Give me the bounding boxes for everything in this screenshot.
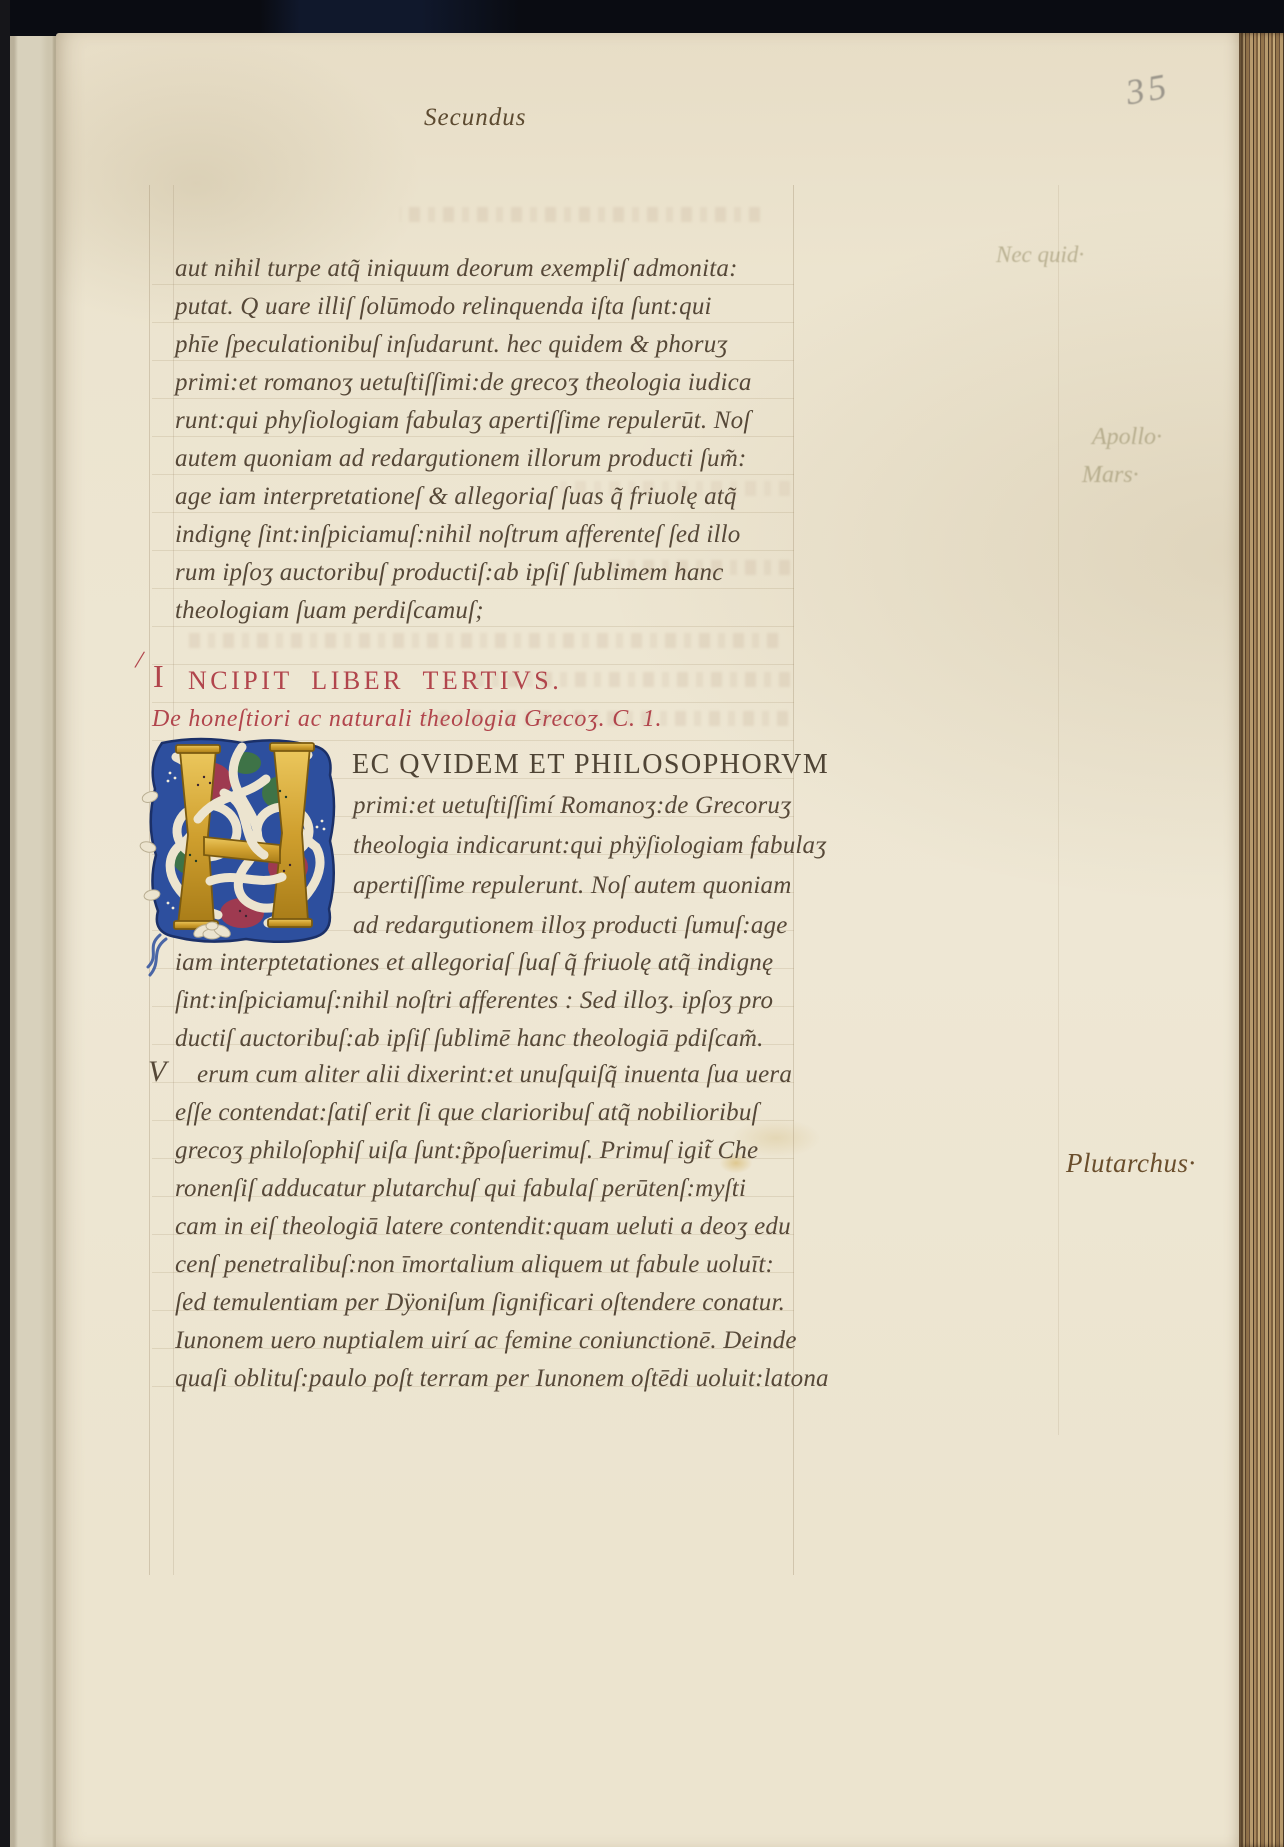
text-line: putat. Q uare illiſ ſolūmodo relinquenda… xyxy=(175,288,752,326)
text-line: age iam interpretationeſ & allegoriaſ ſu… xyxy=(175,478,752,516)
ink-bleedthrough xyxy=(400,207,760,222)
text-line: runt:qui phyſiologiam fabulaʒ apertiſſim… xyxy=(175,402,752,440)
text-line: iam interptetationes et allegoriaſ ſuaſ … xyxy=(175,944,773,982)
photo-background-top xyxy=(0,0,1284,33)
ghost-marginal-note: Apollo· xyxy=(1092,424,1162,451)
page-fore-edge-stripes xyxy=(1239,33,1284,1847)
chapter-full-lines: iam interptetationes et allegoriaſ ſuaſ … xyxy=(175,944,773,1058)
text-line: cam in eiſ theologiā latere contendit:qu… xyxy=(175,1208,829,1246)
text-line: ſint:inſpiciamuſ:nihil noſtri afferentes… xyxy=(175,982,773,1020)
text-line: grecoʒ philoſophiſ uiſa ſunt:p̃poſuerimu… xyxy=(175,1132,829,1170)
text-line: Iunonem uero nuptialem uirí ac femine co… xyxy=(175,1322,829,1360)
text-line: aut nihil turpe atq̃ iniquum deorum exem… xyxy=(175,250,752,288)
paragraph-1: aut nihil turpe atq̃ iniquum deorum exem… xyxy=(175,250,752,630)
paragraph-initial-V: V xyxy=(148,1052,166,1092)
text-line: erum cum aliter alii dixerint:et unuſqui… xyxy=(175,1056,829,1094)
text-line: rum ipſoʒ auctoribuſ productiſ:ab ipſiſ … xyxy=(175,554,752,592)
book-cover-edge xyxy=(0,0,10,1847)
running-header: Secundus xyxy=(424,104,526,132)
marginal-note-plutarchus: Plutarchus· xyxy=(1066,1148,1196,1179)
manuscript-photo: Secundus 35 Nec quid· Apollo· Mars· aut … xyxy=(0,0,1284,1847)
text-line: ſed temulentiam per Dÿoniſum ſignificari… xyxy=(175,1284,829,1322)
illuminated-initial-H xyxy=(146,735,342,947)
text-line: apertiſſime repulerunt. Noſ autem quonia… xyxy=(353,866,827,906)
paragraph-3: erum cum aliter alii dixerint:et unuſqui… xyxy=(175,1056,829,1398)
underlying-page-edges xyxy=(10,36,56,1847)
rubric-chapter-title: De honeſtiori ac naturali theologia Grec… xyxy=(152,701,662,737)
ghost-marginal-note: Nec quid· xyxy=(996,242,1084,268)
text-line: quaſi oblituſ:paulo poſt terram per Iuno… xyxy=(175,1360,829,1398)
rubric-initial: I xyxy=(153,656,164,696)
text-line: primi:et uetuſtiſſimí Romanoʒ:de Grecoru… xyxy=(353,786,827,826)
text-line: autem quoniam ad redargutionem illorum p… xyxy=(175,440,752,478)
rubric-incipit: NCIPIT LIBER TERTIVS. xyxy=(188,661,562,701)
text-line: phīe ſpeculationibuſ inſudarunt. hec qui… xyxy=(175,326,752,364)
ruling-line-margin xyxy=(1058,185,1059,1435)
text-line: cenſ penetralibuſ:non īmortalium aliquem… xyxy=(175,1246,829,1284)
initial-H-artwork xyxy=(146,735,342,947)
text-line: ductiſ auctoribuſ:ab ipſiſ ſublimē hanc … xyxy=(175,1020,773,1058)
text-line: ad redargutionem illoʒ producti ſumuſ:ag… xyxy=(353,906,827,946)
ink-bleedthrough xyxy=(182,633,778,648)
text-line: eſſe contendat:ſatiſ erit ſi que clarior… xyxy=(175,1094,829,1132)
chapter-opening-capitals: EC QVIDEM ET PHILOSOPHORVM xyxy=(352,745,829,785)
text-line: indignę ſint:inſpiciamuſ:nihil noſtrum a… xyxy=(175,516,752,554)
text-line: ronenſiſ adducatur plutarchuſ qui fabula… xyxy=(175,1170,829,1208)
text-line: theologiam ſuam perdiſcamuſ; xyxy=(175,592,752,630)
chapter-indented-lines: primi:et uetuſtiſſimí Romanoʒ:de Grecoru… xyxy=(353,786,827,946)
text-line: theologia indicarunt:qui phÿſiologiam fa… xyxy=(353,826,827,866)
folio-number: 35 xyxy=(1123,64,1174,113)
ghost-marginal-note: Mars· xyxy=(1082,462,1139,489)
text-line: primi:et romanoʒ uetuſtiſſimi:de grecoʒ … xyxy=(175,364,752,402)
